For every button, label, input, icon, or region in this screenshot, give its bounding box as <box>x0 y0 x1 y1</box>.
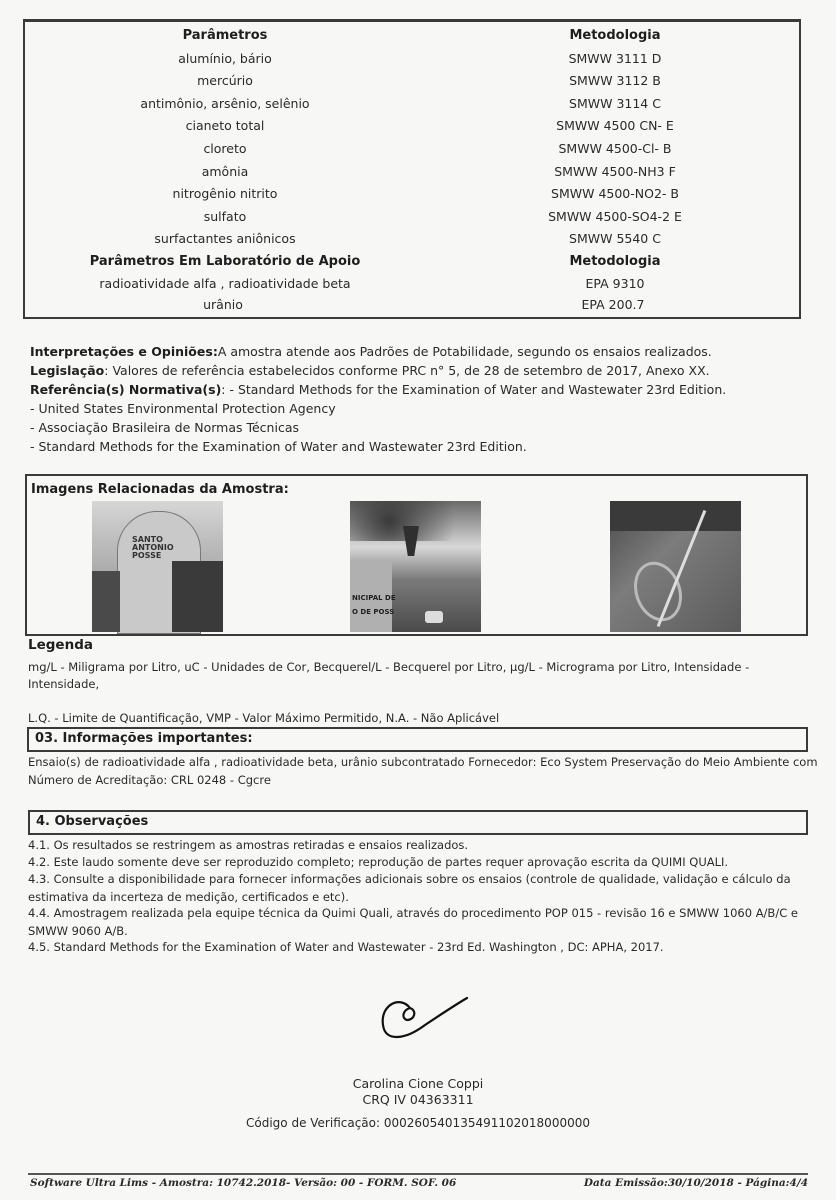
normative-item: - Standard Methods for the Examination o… <box>30 437 527 456</box>
param-cell: amônia <box>25 164 425 179</box>
normative-text: : - Standard Methods for the Examination… <box>221 382 726 397</box>
legislation-text: : Valores de referência estabelecidos co… <box>104 363 709 378</box>
methods-table: Parâmetros Metodologia alumínio, bário S… <box>23 19 801 319</box>
sample-photo-3 <box>610 501 741 632</box>
param-cell: nitrogênio nitrito <box>25 186 425 201</box>
method-cell: SMWW 4500-Cl- B <box>465 141 765 156</box>
method-cell: SMWW 4500 CN- E <box>465 118 765 133</box>
legend-units: mg/L - Miligrama por Litro, uC - Unidade… <box>28 659 808 693</box>
legend-abbreviations: L.Q. - Limite de Quantificação, VMP - Va… <box>28 710 808 727</box>
param-header: Parâmetros <box>25 28 425 43</box>
tower-lettering: SANTOANTONIOPOSSE <box>132 536 182 560</box>
observation-item: 4.5. Standard Methods for the Examinatio… <box>28 939 818 957</box>
wall-lettering: NICIPAL DEO DE POSS <box>352 591 396 619</box>
footer-divider <box>28 1173 808 1175</box>
normative-item: - United States Environmental Protection… <box>30 399 336 418</box>
table-row: cianeto total SMWW 4500 CN- E <box>25 118 799 140</box>
method-cell: EPA 200.7 <box>463 297 763 312</box>
method-cell: SMWW 3111 D <box>465 51 765 66</box>
legislation: Legislação: Valores de referência estabe… <box>30 361 710 380</box>
important-info-title: 03. Informações importantes: <box>27 727 808 752</box>
param-cell: mercúrio <box>25 73 425 88</box>
method-cell: SMWW 3114 C <box>465 96 765 111</box>
method-header: Metodologia <box>465 28 765 43</box>
table-row: radioatividade alfa , radioatividade bet… <box>25 276 799 298</box>
method-cell: SMWW 4500-SO4-2 E <box>465 209 765 224</box>
signature-icon <box>375 990 475 1050</box>
param-cell: cianeto total <box>25 118 425 133</box>
sample-images-title: Imagens Relacionadas da Amostra: <box>31 482 289 497</box>
table-row: surfactantes aniônicos SMWW 5540 C <box>25 231 799 253</box>
signatory-registry: CRQ IV 04363311 <box>0 1092 836 1108</box>
table-header: Parâmetros Metodologia <box>25 28 799 50</box>
normative-item: - Associação Brasileira de Normas Técnic… <box>30 418 299 437</box>
car-shape <box>425 611 443 623</box>
support-method-header: Metodologia <box>465 254 765 269</box>
support-table-header: Parâmetros Em Laboratório de Apoio Metod… <box>25 254 799 276</box>
param-cell: surfactantes aniônicos <box>25 231 425 246</box>
building-shadow <box>172 561 223 632</box>
method-cell: SMWW 3112 B <box>465 73 765 88</box>
observation-item: 4.4. Amostragem realizada pela equipe té… <box>28 905 818 940</box>
method-cell: SMWW 4500-NO2- B <box>465 186 765 201</box>
table-row: mercúrio SMWW 3112 B <box>25 73 799 95</box>
observations-title: 4. Observações <box>28 810 808 835</box>
param-cell: radioatividade alfa , radioatividade bet… <box>25 276 425 291</box>
tree-shadow <box>92 571 120 632</box>
table-row: cloreto SMWW 4500-Cl- B <box>25 141 799 163</box>
interpretations-text: A amostra atende aos Padrões de Potabili… <box>218 344 712 359</box>
sample-photo-1: SANTOANTONIOPOSSE <box>92 501 223 632</box>
water-tower-shape <box>403 526 419 556</box>
observation-item: 4.2. Este laudo somente deve ser reprodu… <box>28 854 818 872</box>
table-row: nitrogênio nitrito SMWW 4500-NO2- B <box>25 186 799 208</box>
table-row: sulfato SMWW 4500-SO4-2 E <box>25 209 799 231</box>
table-row: amônia SMWW 4500-NH3 F <box>25 164 799 186</box>
pipe-shadow <box>610 501 741 531</box>
signatory-name: Carolina Cione Coppi <box>0 1076 836 1092</box>
verification-code: Código de Verificação: 00026054013549110… <box>0 1115 836 1131</box>
legislation-label: Legislação <box>30 363 104 378</box>
footer-software-info: Software Ultra Lims - Amostra: 10742.201… <box>30 1177 456 1189</box>
normative-references: Referência(s) Normativa(s): - Standard M… <box>30 380 726 399</box>
observation-item: 4.3. Consulte a disponibilidade para for… <box>28 871 818 906</box>
table-row: alumínio, bário SMWW 3111 D <box>25 51 799 73</box>
observation-item: 4.1. Os resultados se restringem as amos… <box>28 837 818 855</box>
table-row: antimônio, arsênio, selênio SMWW 3114 C <box>25 96 799 118</box>
param-cell: cloreto <box>25 141 425 156</box>
param-cell: alumínio, bário <box>25 51 425 66</box>
method-cell: SMWW 5540 C <box>465 231 765 246</box>
normative-label: Referência(s) Normativa(s) <box>30 382 221 397</box>
legend-title: Legenda <box>28 637 93 653</box>
table-row: urânio EPA 200.7 <box>23 297 801 319</box>
important-info-text: Ensaio(s) de radioatividade alfa , radio… <box>28 754 818 789</box>
param-cell: antimônio, arsênio, selênio <box>25 96 425 111</box>
method-cell: EPA 9310 <box>465 276 765 291</box>
param-cell: urânio <box>23 297 423 312</box>
interpretations: Interpretações e Opiniões:A amostra aten… <box>30 342 712 361</box>
method-cell: SMWW 4500-NH3 F <box>465 164 765 179</box>
param-cell: sulfato <box>25 209 425 224</box>
interpretations-label: Interpretações e Opiniões: <box>30 344 218 359</box>
sample-photo-2: NICIPAL DEO DE POSS <box>350 501 481 632</box>
footer-issue-date-page: Data Emissão:30/10/2018 - Página:4/4 <box>584 1177 808 1189</box>
support-param-header: Parâmetros Em Laboratório de Apoio <box>25 254 425 269</box>
